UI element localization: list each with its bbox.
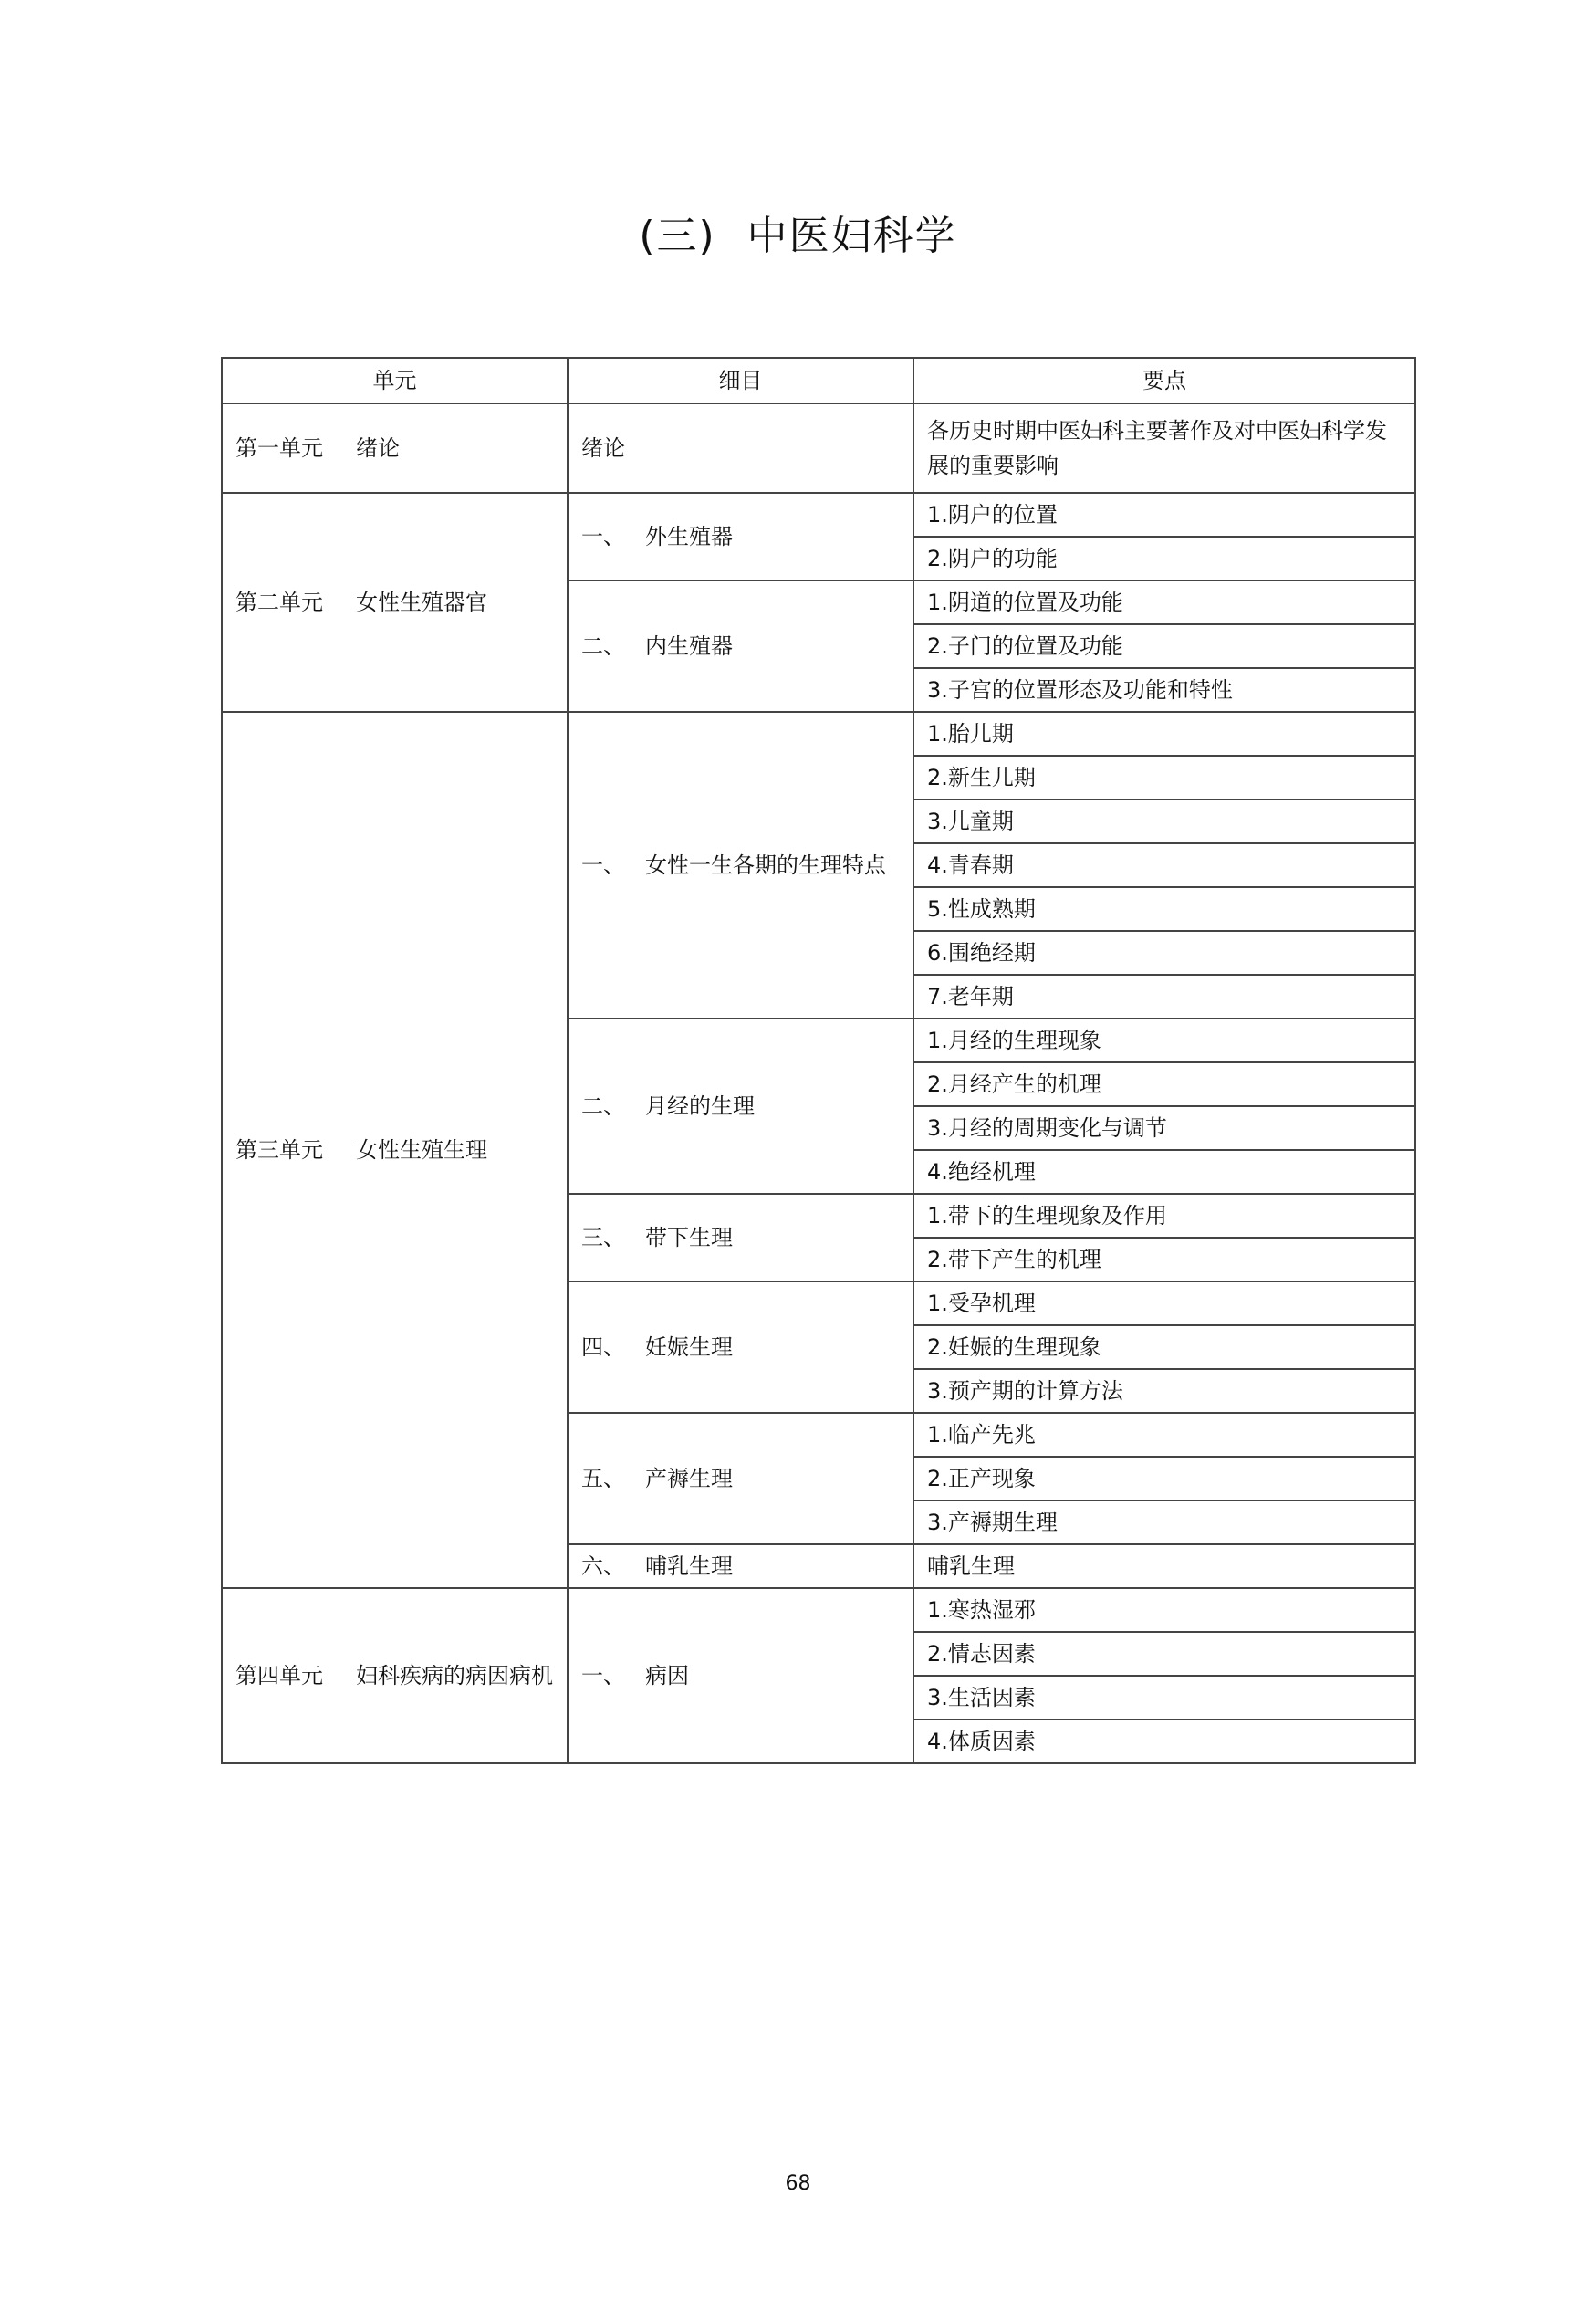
unit-name: 女性生殖生理 [356, 1137, 487, 1163]
table-row: 第三单元女性生殖生理一、女性一生各期的生理特点1.胎儿期 [222, 712, 1415, 756]
item-cell: 三、带下生理 [568, 1194, 913, 1281]
point-cell: 2.子门的位置及功能 [913, 624, 1415, 668]
unit-cell: 第一单元绪论 [222, 403, 568, 493]
page-title: (三)中医妇科学 [0, 203, 1596, 261]
unit-cell: 第三单元女性生殖生理 [222, 712, 568, 1588]
section-title: 中医妇科学 [747, 213, 957, 259]
point-cell: 2.新生儿期 [913, 756, 1415, 800]
table-row: 第四单元妇科疾病的病因病机一、病因1.寒热湿邪 [222, 1588, 1415, 1632]
item-cell: 二、月经的生理 [568, 1019, 913, 1194]
item-name: 带下生理 [645, 1225, 733, 1250]
unit-number: 第二单元 [235, 590, 323, 615]
section-number: (三) [639, 213, 715, 259]
item-name: 女性一生各期的生理特点 [645, 852, 886, 878]
point-cell: 2.正产现象 [913, 1457, 1415, 1500]
item-cell: 一、女性一生各期的生理特点 [568, 712, 913, 1019]
item-name: 绪论 [581, 435, 625, 461]
item-cell: 二、内生殖器 [568, 580, 913, 712]
item-number: 三、 [581, 1225, 625, 1250]
point-cell: 4.青春期 [913, 843, 1415, 887]
point-cell: 1.临产先兆 [913, 1413, 1415, 1457]
table-body: 第一单元绪论绪论各历史时期中医妇科主要著作及对中医妇科学发 展的重要影响第二单元… [222, 403, 1415, 1763]
point-cell: 3.儿童期 [913, 800, 1415, 843]
point-cell: 1.受孕机理 [913, 1281, 1415, 1325]
header-unit: 单元 [222, 358, 568, 403]
unit-cell: 第四单元妇科疾病的病因病机 [222, 1588, 568, 1763]
point-cell: 7.老年期 [913, 975, 1415, 1019]
unit-cell: 第二单元女性生殖器官 [222, 493, 568, 712]
item-number: 一、 [581, 852, 625, 878]
point-cell: 各历史时期中医妇科主要著作及对中医妇科学发 展的重要影响 [913, 403, 1415, 493]
page-number: 68 [0, 2172, 1596, 2195]
unit-number: 第四单元 [235, 1663, 323, 1688]
point-cell: 哺乳生理 [913, 1544, 1415, 1588]
point-cell: 1.阴道的位置及功能 [913, 580, 1415, 624]
header-item: 细目 [568, 358, 913, 403]
item-name: 哺乳生理 [645, 1553, 733, 1579]
item-cell: 五、产褥生理 [568, 1413, 913, 1544]
item-name: 月经的生理 [645, 1093, 755, 1119]
point-cell: 2.带下产生的机理 [913, 1238, 1415, 1281]
unit-name: 绪论 [356, 435, 400, 461]
point-cell: 4.绝经机理 [913, 1150, 1415, 1194]
point-cell: 1.寒热湿邪 [913, 1588, 1415, 1632]
unit-number: 第三单元 [235, 1137, 323, 1163]
item-cell: 一、外生殖器 [568, 493, 913, 580]
point-cell: 2.阴户的功能 [913, 537, 1415, 580]
point-cell: 3.产褥期生理 [913, 1500, 1415, 1544]
point-cell: 3.子宫的位置形态及功能和特性 [913, 668, 1415, 712]
item-number: 二、 [581, 1093, 625, 1119]
item-name: 妊娠生理 [645, 1334, 733, 1360]
point-cell: 1.带下的生理现象及作用 [913, 1194, 1415, 1238]
item-cell: 六、哺乳生理 [568, 1544, 913, 1588]
table-row: 第二单元女性生殖器官一、外生殖器1.阴户的位置 [222, 493, 1415, 537]
point-cell: 4.体质因素 [913, 1720, 1415, 1763]
table-header-row: 单元 细目 要点 [222, 358, 1415, 403]
header-points: 要点 [913, 358, 1415, 403]
point-cell: 2.月经产生的机理 [913, 1062, 1415, 1106]
item-number: 四、 [581, 1334, 625, 1360]
point-cell: 1.阴户的位置 [913, 493, 1415, 537]
item-number: 五、 [581, 1466, 625, 1491]
point-cell: 2.情志因素 [913, 1632, 1415, 1676]
unit-number: 第一单元 [235, 435, 323, 461]
point-cell: 5.性成熟期 [913, 887, 1415, 931]
item-cell: 绪论 [568, 403, 913, 493]
item-number: 一、 [581, 1663, 625, 1688]
item-number: 二、 [581, 633, 625, 659]
point-cell: 3.预产期的计算方法 [913, 1369, 1415, 1413]
point-cell: 1.月经的生理现象 [913, 1019, 1415, 1062]
point-cell: 3.生活因素 [913, 1676, 1415, 1720]
point-cell: 3.月经的周期变化与调节 [913, 1106, 1415, 1150]
item-number: 一、 [581, 524, 625, 549]
point-cell: 2.妊娠的生理现象 [913, 1325, 1415, 1369]
item-name: 病因 [645, 1663, 689, 1688]
item-number: 六、 [581, 1553, 625, 1579]
syllabus-table: 单元 细目 要点 第一单元绪论绪论各历史时期中医妇科主要著作及对中医妇科学发 展… [221, 357, 1416, 1764]
item-name: 内生殖器 [645, 633, 733, 659]
item-cell: 四、妊娠生理 [568, 1281, 913, 1413]
item-name: 外生殖器 [645, 524, 733, 549]
point-cell: 1.胎儿期 [913, 712, 1415, 756]
item-name: 产褥生理 [645, 1466, 733, 1491]
point-cell: 6.围绝经期 [913, 931, 1415, 975]
item-cell: 一、病因 [568, 1588, 913, 1763]
unit-name: 妇科疾病的病因病机 [356, 1663, 553, 1688]
table-row: 第一单元绪论绪论各历史时期中医妇科主要著作及对中医妇科学发 展的重要影响 [222, 403, 1415, 493]
unit-name: 女性生殖器官 [356, 590, 487, 615]
